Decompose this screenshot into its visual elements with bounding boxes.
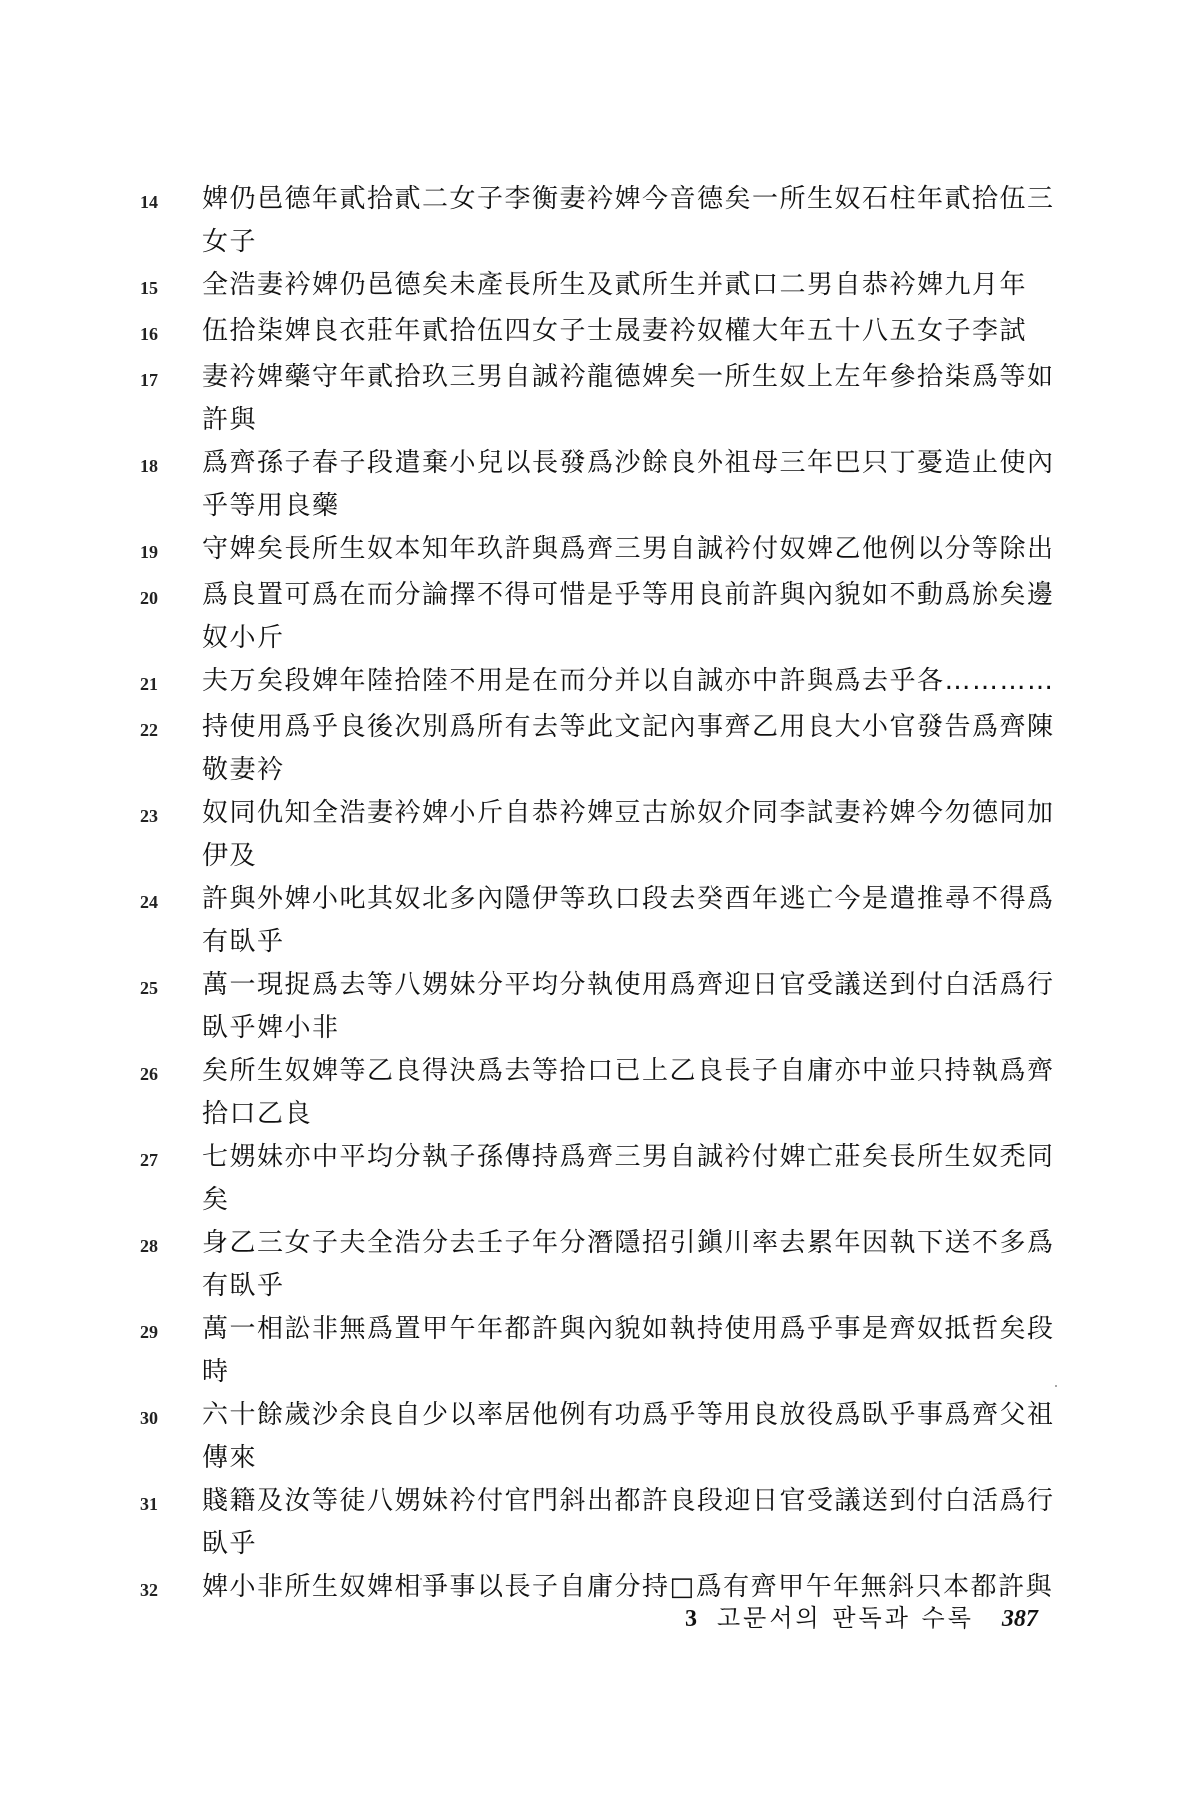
line-number: 20 [140, 574, 202, 620]
line-number: 25 [140, 964, 202, 1010]
text-line: 15 全浩妻衿婢仍邑德矣未產長所生及貳所生并貳口二男自恭衿婢九月年 [140, 264, 1060, 310]
line-text: 萬一現捉爲去等八娚妹分平均分執使用爲齊迎日官受議送到付白活爲行臥乎婢小非 [202, 964, 1060, 1050]
line-text: 伍拾柒婢良衣莊年貳拾伍四女子士晟妻衿奴權大年五十八五女子李試 [202, 310, 1060, 353]
text-line: 16 伍拾柒婢良衣莊年貳拾伍四女子士晟妻衿奴權大年五十八五女子李試 [140, 310, 1060, 356]
document-page: 14 婢仍邑德年貳拾貳二女子李衡妻衿婢今音德矣一所生奴石柱年貳拾伍三女子 15 … [0, 0, 1200, 1800]
line-number: 23 [140, 792, 202, 838]
line-number: 27 [140, 1136, 202, 1182]
scan-speck [896, 1497, 898, 1499]
line-text: 奴同仇知全浩妻衿婢小斤自恭衿婢豆古旀奴介同李試妻衿婢今勿德同加伊及 [202, 792, 1060, 878]
text-line: 25 萬一現捉爲去等八娚妹分平均分執使用爲齊迎日官受議送到付白活爲行臥乎婢小非 [140, 964, 1060, 1050]
line-number: 24 [140, 878, 202, 924]
text-line: 31 賤籍及汝等徒八娚妹衿付官門斜出都許良段迎日官受議送到付白活爲行臥乎 [140, 1480, 1060, 1566]
text-line: 22 持使用爲乎良後次別爲所有去等此文記內事齊乙用良大小官發告爲齊陳敬妻衿 [140, 706, 1060, 792]
line-number: 16 [140, 310, 202, 356]
line-text: 六十餘歲沙余良自少以率居他例有功爲乎等用良放役爲臥乎事爲齊父祖傳來 [202, 1394, 1060, 1480]
line-number: 19 [140, 528, 202, 574]
text-line: 26 矣所生奴婢等乙良得決爲去等拾口已上乙良長子自庸亦中並只持執爲齊拾口乙良 [140, 1050, 1060, 1136]
text-line: 23 奴同仇知全浩妻衿婢小斤自恭衿婢豆古旀奴介同李試妻衿婢今勿德同加伊及 [140, 792, 1060, 878]
text-line: 21 夫万矣段婢年陸拾陸不用是在而分并以自誠亦中許與爲去乎各………… [140, 660, 1060, 706]
line-number: 31 [140, 1480, 202, 1526]
chapter-number: 3 [685, 1606, 697, 1633]
line-number: 29 [140, 1308, 202, 1354]
transcription-body: 14 婢仍邑德年貳拾貳二女子李衡妻衿婢今音德矣一所生奴石柱年貳拾伍三女子 15 … [140, 178, 1060, 1612]
running-title: 고문서의 판독과 수록 [717, 1598, 974, 1633]
line-text: 賤籍及汝等徒八娚妹衿付官門斜出都許良段迎日官受議送到付白活爲行臥乎 [202, 1480, 1060, 1566]
line-text: 許與外婢小叱其奴北多內隱伊等玖口段去癸酉年逃亡今是遣推尋不得爲有臥乎 [202, 878, 1060, 964]
line-text: 全浩妻衿婢仍邑德矣未產長所生及貳所生并貳口二男自恭衿婢九月年 [202, 264, 1060, 307]
scan-speck [420, 1578, 422, 1580]
text-line: 18 爲齊孫子春子段遣棄小兒以長發爲沙餘良外祖母三年巴只丁憂造止使內乎等用良藥 [140, 442, 1060, 528]
page-number: 387 [1002, 1606, 1038, 1633]
page-footer: 3 고문서의 판독과 수록 387 [685, 1598, 1038, 1633]
line-number: 18 [140, 442, 202, 488]
text-line: 19 守婢矣長所生奴本知年玖許與爲齊三男自誠衿付奴婢乙他例以分等除出 [140, 528, 1060, 574]
line-number: 30 [140, 1394, 202, 1440]
line-number: 26 [140, 1050, 202, 1096]
scan-speck [425, 981, 427, 983]
line-number: 14 [140, 178, 202, 224]
text-line: 30 六十餘歲沙余良自少以率居他例有功爲乎等用良放役爲臥乎事爲齊父祖傳來 [140, 1394, 1060, 1480]
text-line: 20 爲良置可爲在而分論擇不得可惜是乎等用良前許與內貌如不動爲旀矣邊奴小斤 [140, 574, 1060, 660]
line-number: 15 [140, 264, 202, 310]
line-number: 22 [140, 706, 202, 752]
line-number: 28 [140, 1222, 202, 1268]
line-text: 守婢矣長所生奴本知年玖許與爲齊三男自誠衿付奴婢乙他例以分等除出 [202, 528, 1060, 571]
line-text: 爲齊孫子春子段遣棄小兒以長發爲沙餘良外祖母三年巴只丁憂造止使內乎等用良藥 [202, 442, 1060, 528]
line-text: 萬一相訟非無爲置甲午年都許與內貌如執持使用爲乎事是齊奴抵哲矣段時 [202, 1308, 1060, 1394]
text-line: 29 萬一相訟非無爲置甲午年都許與內貌如執持使用爲乎事是齊奴抵哲矣段時 [140, 1308, 1060, 1394]
text-line: 17 妻衿婢藥守年貳拾玖三男自誠衿龍德婢矣一所生奴上左年參拾柒爲等如許與 [140, 356, 1060, 442]
text-line: 28 身乙三女子夫全浩分去壬子年分潛隱招引鎭川率去累年因執下送不多爲有臥乎 [140, 1222, 1060, 1308]
line-text: 妻衿婢藥守年貳拾玖三男自誠衿龍德婢矣一所生奴上左年參拾柒爲等如許與 [202, 356, 1060, 442]
line-number: 32 [140, 1566, 202, 1612]
line-text: 夫万矣段婢年陸拾陸不用是在而分并以自誠亦中許與爲去乎各………… [202, 660, 1060, 703]
scan-speck [1055, 1385, 1057, 1387]
line-text: 爲良置可爲在而分論擇不得可惜是乎等用良前許與內貌如不動爲旀矣邊奴小斤 [202, 574, 1060, 660]
text-line: 14 婢仍邑德年貳拾貳二女子李衡妻衿婢今音德矣一所生奴石柱年貳拾伍三女子 [140, 178, 1060, 264]
text-line: 24 許與外婢小叱其奴北多內隱伊等玖口段去癸酉年逃亡今是遣推尋不得爲有臥乎 [140, 878, 1060, 964]
line-text: 婢仍邑德年貳拾貳二女子李衡妻衿婢今音德矣一所生奴石柱年貳拾伍三女子 [202, 178, 1060, 264]
line-number: 21 [140, 660, 202, 706]
line-text: 持使用爲乎良後次別爲所有去等此文記內事齊乙用良大小官發告爲齊陳敬妻衿 [202, 706, 1060, 792]
text-line: 27 七娚妹亦中平均分執子孫傳持爲齊三男自誠衿付婢亡莊矣長所生奴禿同矣 [140, 1136, 1060, 1222]
line-text: 七娚妹亦中平均分執子孫傳持爲齊三男自誠衿付婢亡莊矣長所生奴禿同矣 [202, 1136, 1060, 1222]
line-number: 17 [140, 356, 202, 402]
line-text: 矣所生奴婢等乙良得決爲去等拾口已上乙良長子自庸亦中並只持執爲齊拾口乙良 [202, 1050, 1060, 1136]
line-text: 身乙三女子夫全浩分去壬子年分潛隱招引鎭川率去累年因執下送不多爲有臥乎 [202, 1222, 1060, 1308]
